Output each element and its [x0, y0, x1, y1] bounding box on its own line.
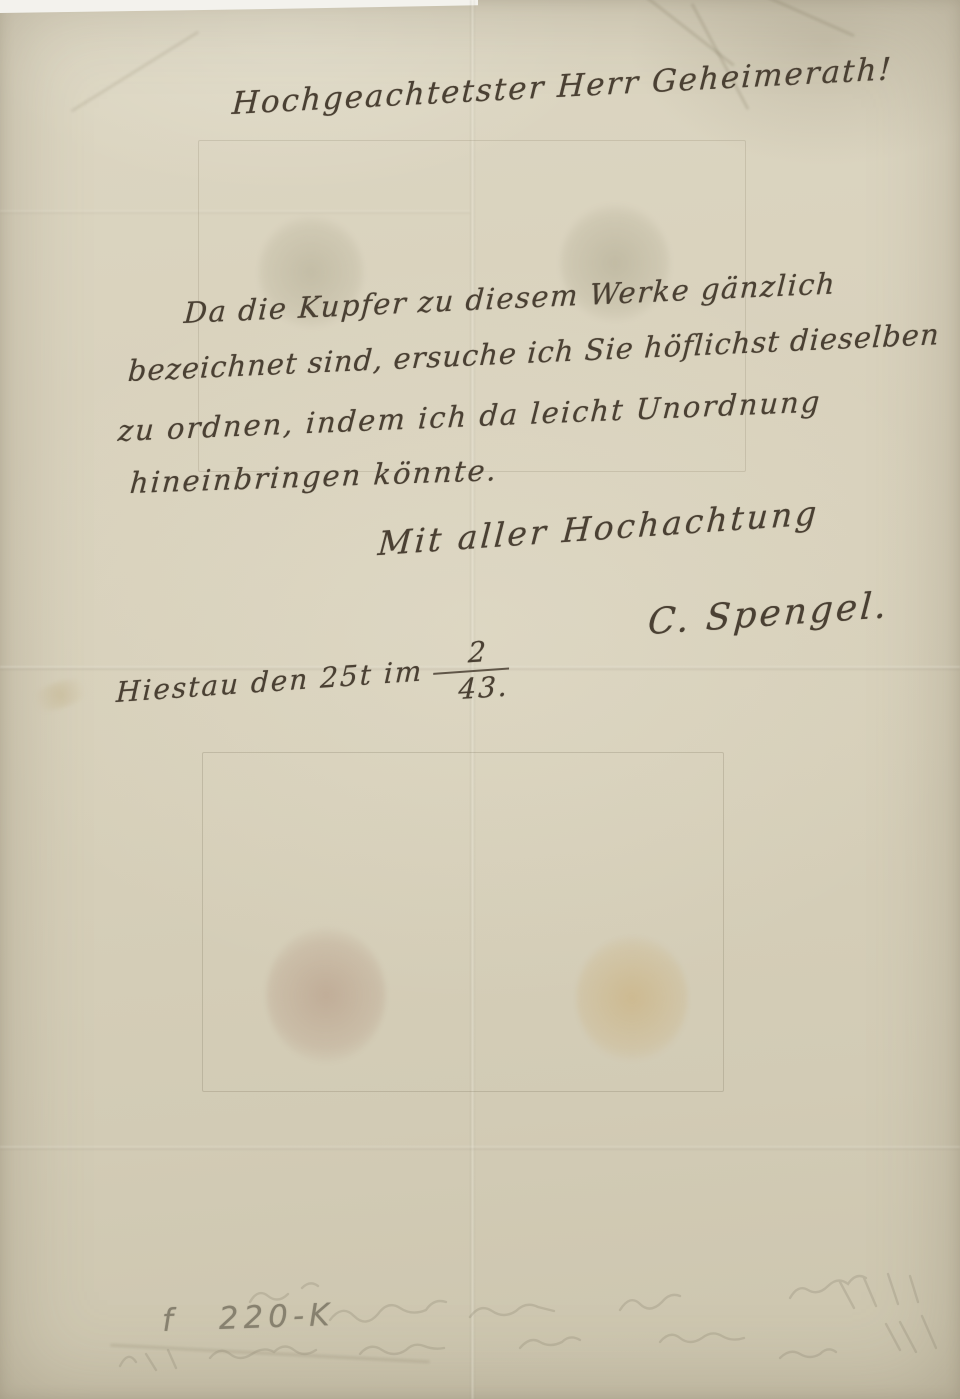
- seal-stain-lower-right: [576, 936, 688, 1060]
- body-line-2: bezeichnet sind, ersuche ich Sie höflich…: [127, 317, 941, 388]
- signature: C. Spengel.: [647, 585, 891, 643]
- verso-bleedthrough-scribbles: [0, 1262, 960, 1399]
- enclosure-impression-bottom: [202, 752, 724, 1092]
- dateline-place-day: Hiestau den 25t im: [116, 654, 424, 709]
- letter-scan: Hochgeachtetster Herr Geheimerath! Da di…: [0, 0, 960, 1399]
- crumple-crease: [110, 1344, 430, 1364]
- date-fraction-numerator: 2: [433, 636, 511, 675]
- scanner-edge-strip: [0, 0, 478, 13]
- date-fraction: 243.: [432, 636, 511, 706]
- horizontal-fold-crease: [0, 210, 470, 214]
- salutation-line: Hochgeachtetster Herr Geheimerath!: [231, 51, 894, 122]
- margin-smudge: [26, 673, 95, 718]
- dateline: Hiestau den 25t im243.: [115, 636, 511, 728]
- body-line-1: Da die Kupfer zu diesem Werke gänzlich: [183, 266, 837, 330]
- crumple-crease: [71, 30, 200, 112]
- body-line-3: zu ordnen, indem ich da leicht Unordnung: [117, 384, 823, 448]
- pencil-inventory-note: f 220-K: [161, 1297, 335, 1339]
- horizontal-fold-crease: [0, 1146, 960, 1150]
- seal-stain-lower-left: [266, 928, 386, 1062]
- body-line-4: hineinbringen könnte.: [129, 453, 499, 500]
- crumple-crease: [615, 0, 735, 67]
- closing-line: Mit aller Hochachtung: [377, 493, 821, 563]
- date-fraction-denominator: 43.: [432, 669, 509, 705]
- crumple-crease: [735, 0, 855, 37]
